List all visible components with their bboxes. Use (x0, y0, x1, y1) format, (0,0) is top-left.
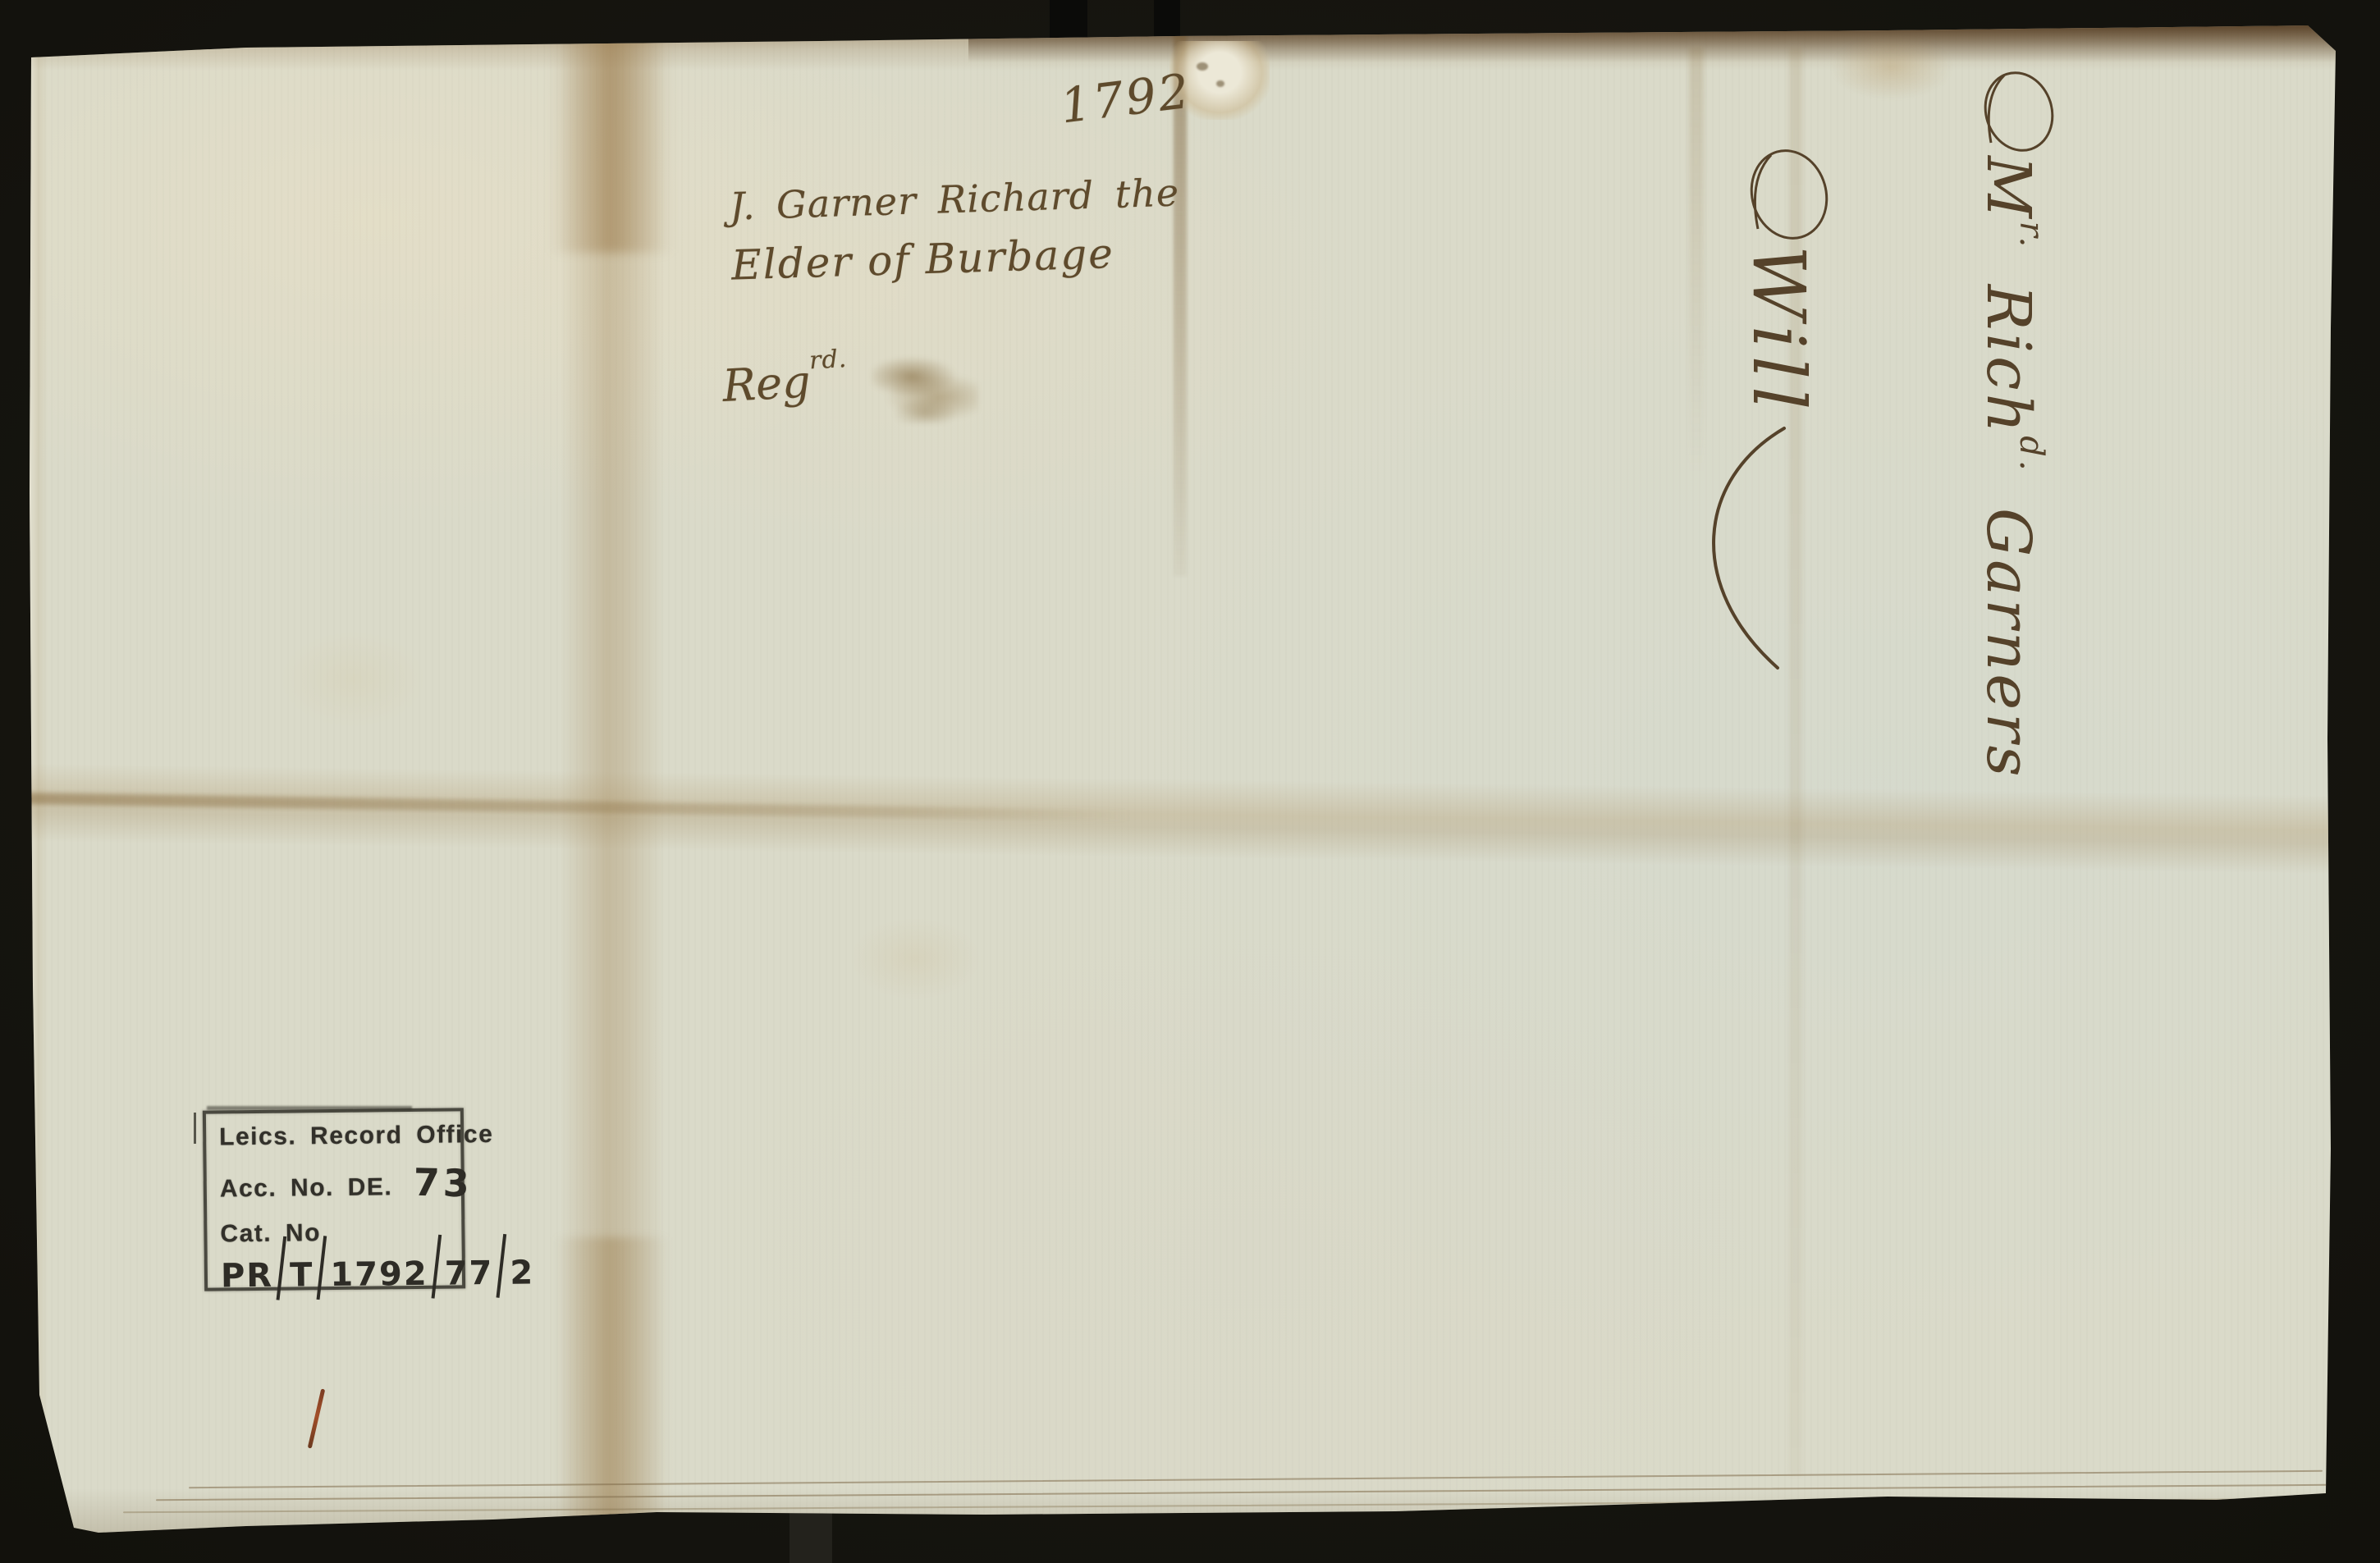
stamp-accession-value: 73 (414, 1160, 474, 1206)
reference-segment: 2 (510, 1254, 534, 1291)
reference-segment: T (290, 1256, 314, 1294)
damage-speck (1216, 80, 1224, 87)
flourish-loop-icon (1737, 142, 1835, 245)
stamp-accession-label: Acc. No. DE. (220, 1173, 393, 1203)
paper-stain (849, 917, 981, 999)
catalog-reference: PR T 1792 77 2 (221, 1249, 463, 1300)
vertical-fold-crease (550, 23, 673, 253)
flourish-loop-icon (1973, 64, 2062, 156)
endorsement-line-1: Mr. Richd. Garners (1973, 64, 2062, 819)
stamp-office-name: Leics. Record Office (219, 1121, 460, 1151)
record-office-stamp: Leics. Record Office Acc. No. DE. 73 Cat… (203, 1108, 465, 1291)
stamp-catalog-label: Cat. No (220, 1218, 461, 1248)
ink-smudge (872, 354, 978, 423)
flourish-swash-icon (1679, 422, 1802, 676)
stamp-stray-mark (194, 1113, 196, 1144)
registered-mark: Regrd. (721, 345, 849, 412)
reference-segment: 1792 (330, 1255, 428, 1294)
endorsement-script: Mr. Richd. Garners Will (1692, 64, 2062, 819)
reference-segment: PR (221, 1257, 274, 1296)
paper-stain (279, 630, 427, 729)
registered-superscript: rd. (808, 345, 848, 375)
background-strap (790, 1508, 832, 1563)
archive-paper-sheet: 1792 J. Garner Richard the Elder of Burb… (25, 23, 2341, 1538)
docket-note: J. Garner Richard the Elder of Burbage (729, 170, 1182, 289)
endorsement-line-2: Will (1737, 142, 1835, 819)
reference-segment: 77 (444, 1255, 493, 1293)
damage-speck (1197, 62, 1208, 71)
